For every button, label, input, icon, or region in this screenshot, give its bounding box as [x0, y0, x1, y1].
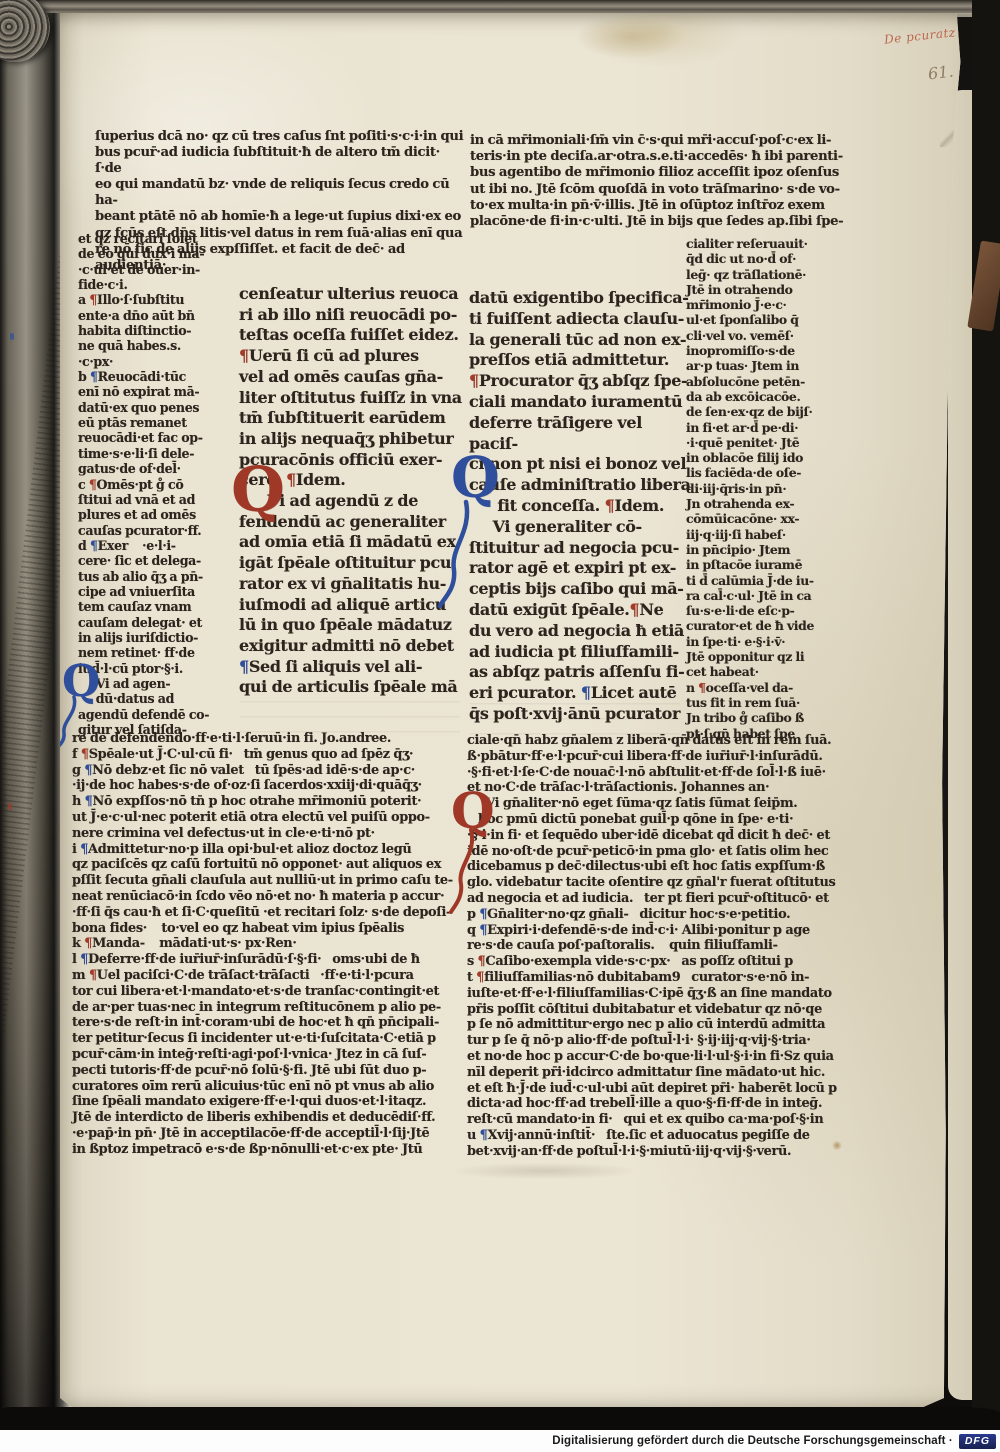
digitization-footer: Digitalisierung gefördert durch die Deut…: [0, 1430, 1000, 1452]
book-top-edge: [0, 0, 1000, 14]
gutter-red-initial-speck: [8, 803, 12, 810]
manuscript-page: De pcuratz 61. ſuperius dcā no· qz cū tr…: [60, 13, 976, 1412]
text-block-bottom-right-gloss: ciale·qn̄ habz gn̄alem z liberā·qn̄ datu…: [467, 733, 965, 1160]
dfg-logo: DFG: [959, 1434, 996, 1449]
folio-number: 61.: [927, 62, 955, 84]
blue-initial-tail-flourish: [436, 498, 476, 610]
scan-right-backdrop: [972, 0, 1000, 1412]
text-block-top-right: in cā mr̄imoniali·ſm̄ vin c̄·s·qui mr̄i·…: [470, 133, 886, 230]
scan-bottom-band: [0, 1407, 1000, 1432]
initial-red-q-left-main: Q: [231, 459, 285, 521]
text-block-right-main-column: datū exigentibo ſpecifica-ti fuiſſent ad…: [469, 288, 695, 725]
text-block-bottom-left-gloss: re de defendendo·ff·e·ti·l·ſeruū·in fi. …: [72, 731, 472, 1158]
pencil-smudge: [455, 1163, 635, 1179]
text-block-right-gloss-column: cialiter reſeruauit·q̄d dic ut no·d̄ of·…: [686, 236, 884, 741]
red-initial-tail-flourish: [445, 828, 481, 914]
text-block-left-gloss-column: et qz recitari ſoletde eo qui dux·i ma-·…: [78, 231, 236, 737]
stain-top-center: [575, 15, 685, 59]
digitized-book-scan: De pcuratz 61. ſuperius dcā no· qz cū tr…: [0, 0, 1000, 1452]
gutter-blue-initial-speck: [10, 333, 14, 340]
footer-credit-text: Digitalisierung gefördert durch die Deut…: [552, 1435, 953, 1447]
